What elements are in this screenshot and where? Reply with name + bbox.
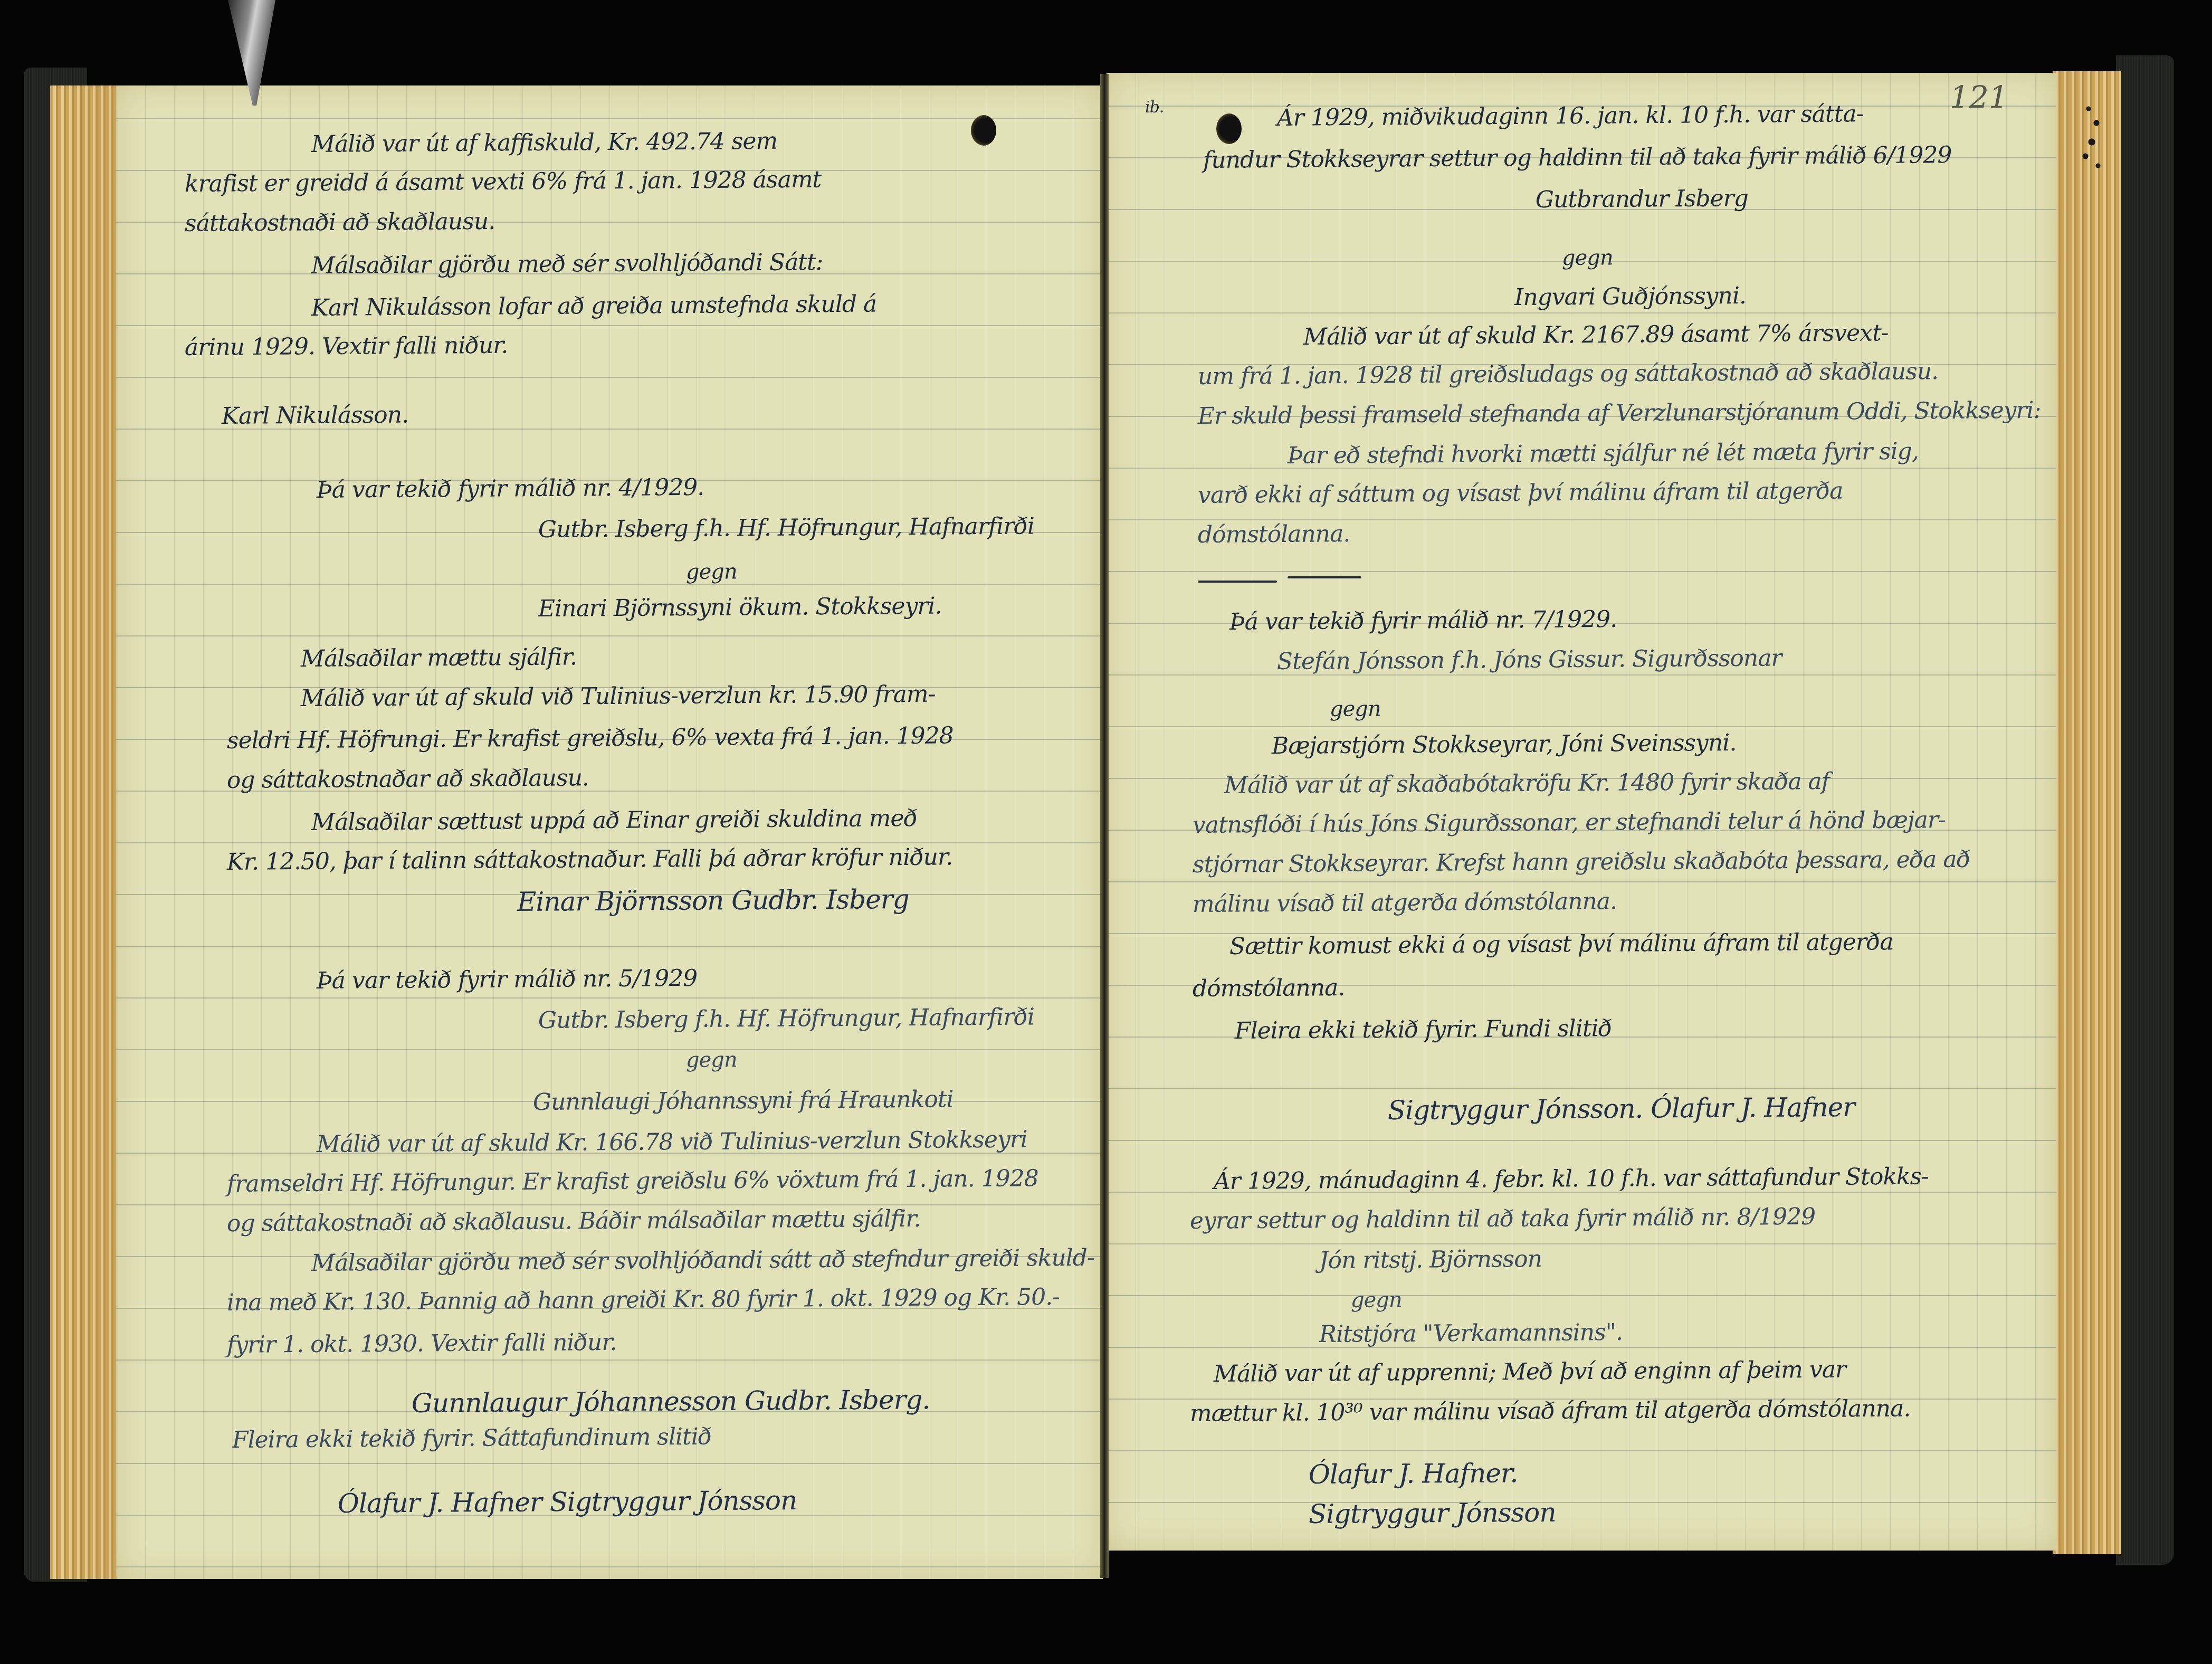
ink-stain (2079, 90, 2111, 185)
book-cover-right (2116, 55, 2174, 1565)
defendant: Einari Björnssyni ökum. Stokkseyri. (538, 581, 942, 635)
page-edges-left (50, 85, 119, 1579)
handwritten-line: dómstólanna. (1198, 508, 1350, 561)
punch-hole-left (971, 115, 996, 146)
page-edges-right (2053, 71, 2121, 1554)
handwritten-line: Fleira ekki tekið fyrir. Fundi slitið (1235, 1003, 1612, 1057)
handwritten-superscript: ib. (1145, 82, 1164, 134)
separator-dash (1288, 576, 1361, 578)
signatures: Einar Björnsson Gudbr. Isberg (517, 873, 909, 928)
book-gutter (1100, 74, 1109, 1578)
plaintiff: Stefán Jónsson f.h. Jóns Gissur. Sigurðs… (1277, 632, 1782, 688)
plaintiff: Gutbr. Isberg f.h. Hf. Höfrungur, Hafnar… (538, 991, 1035, 1047)
handwritten-line: Fleira ekki tekið fyrir. Sáttafundinum s… (232, 1411, 712, 1466)
handwritten-line: árinu 1929. Vextir falli niður. (185, 320, 508, 374)
signatures: Ólafur J. Hafner Sigtryggur Jónsson (338, 1475, 797, 1529)
signatures: Sigtryggur Jónsson (1309, 1487, 1556, 1540)
page-number: 121 (1950, 79, 2008, 115)
plaintiff: Gutbrandur Isberg (1536, 173, 1749, 226)
plaintiff: Gutbr. Isberg f.h. Hf. Höfrungur, Hafnar… (538, 500, 1035, 556)
separator-dash (1198, 581, 1277, 583)
handwritten-line: fyrir 1. okt. 1930. Vextir falli niður. (227, 1317, 617, 1371)
signature-karl-nikulasson: Karl Nikulásson. (222, 389, 409, 442)
handwritten-line: mættur kl. 10³⁰ var málinu vísað áfram t… (1190, 1383, 1911, 1440)
signatures: Sigtryggur Jónsson. Ólafur J. Hafner (1388, 1081, 1855, 1136)
